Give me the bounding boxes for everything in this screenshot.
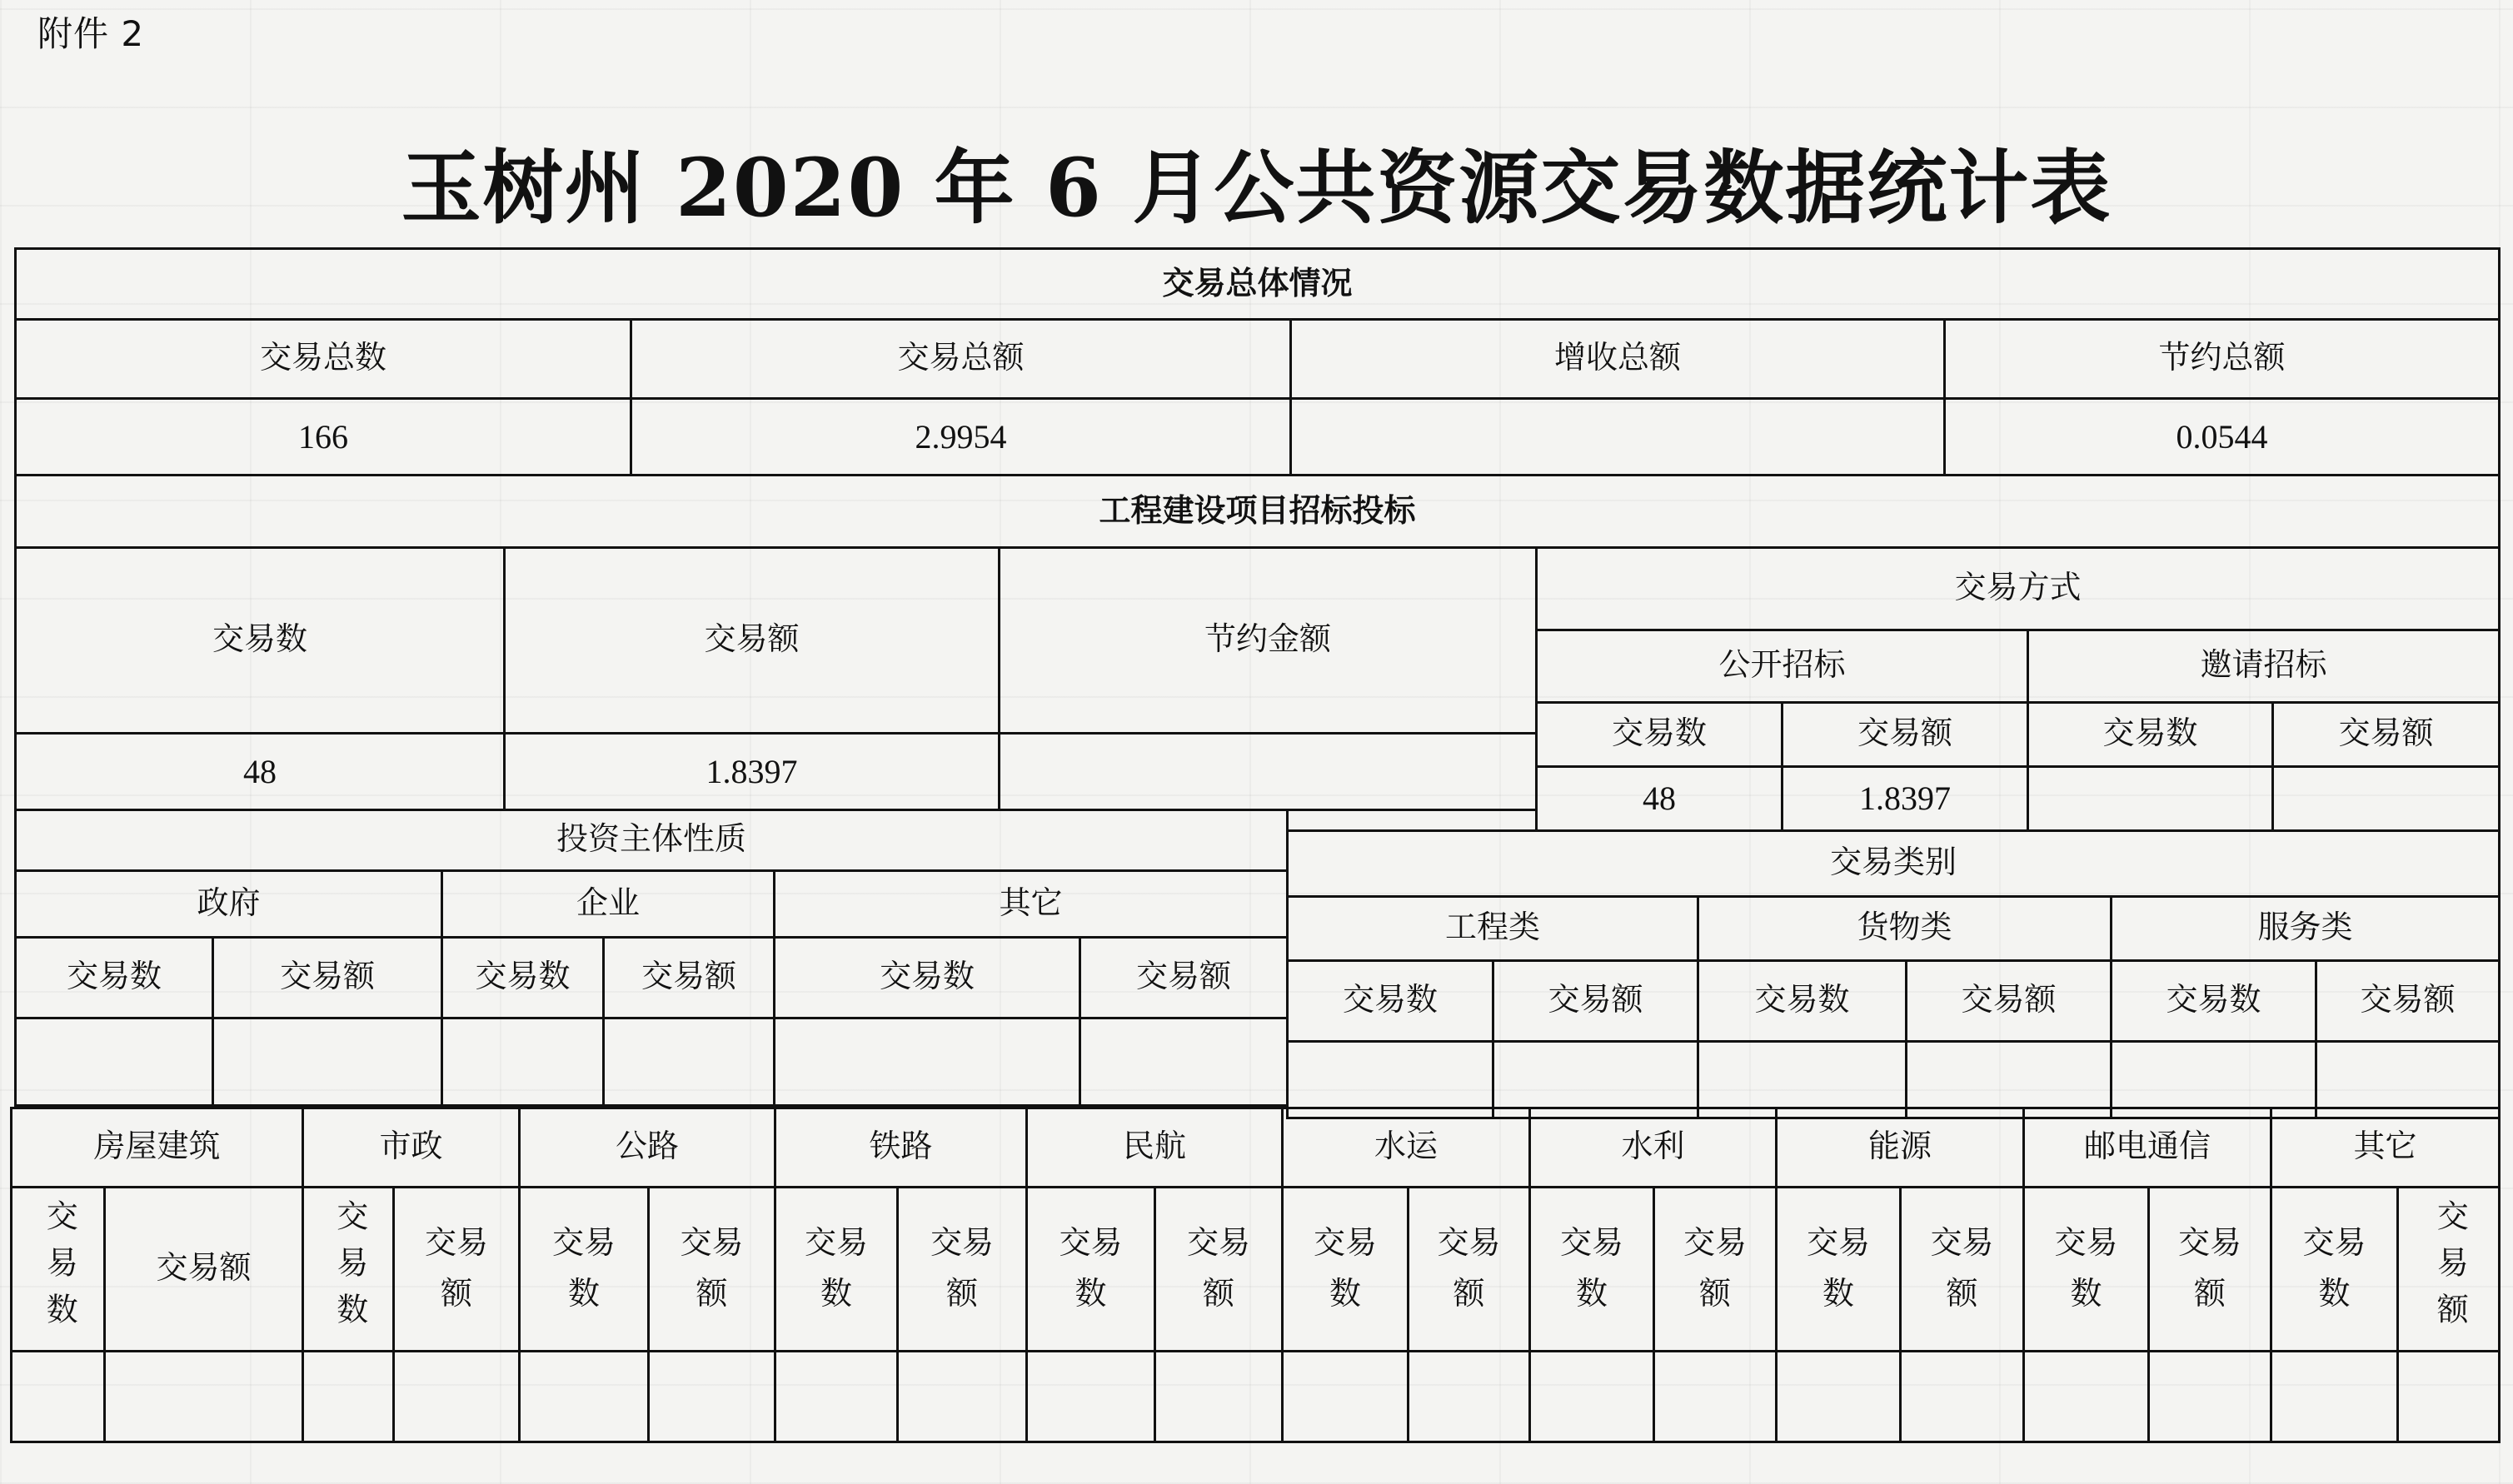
industry-group-telecom: 邮电通信 <box>2022 1107 2272 1188</box>
engineering-header-count: 交易数 <box>14 546 506 735</box>
invited-tender-header: 邀请招标 <box>2027 629 2501 704</box>
industry-group-railway: 铁路 <box>774 1107 1028 1188</box>
invited-tender-count-header: 交易数 <box>2027 701 2274 768</box>
overall-header-savings: 节约总额 <box>1943 318 2501 400</box>
industry-energy-count-header: 交易数 <box>1775 1186 1902 1352</box>
engineering-value-savings <box>998 732 1538 811</box>
engineering-header-savings: 节约金额 <box>998 546 1538 735</box>
industry-waterway-amount-value <box>1407 1350 1531 1443</box>
category-goods-count-header: 交易数 <box>1697 959 1907 1043</box>
industry-municipal-count-value <box>302 1350 395 1443</box>
investor-section-title: 投资主体性质 <box>14 809 1289 872</box>
engineering-section-title: 工程建设项目招标投标 <box>14 474 2501 549</box>
industry-railway-count-header: 交易数 <box>774 1186 899 1352</box>
industry-railway-amount-header: 交易额 <box>896 1186 1028 1352</box>
industry-railway-amount-value <box>896 1350 1028 1443</box>
invited-tender-amount-header: 交易额 <box>2271 701 2501 768</box>
category-group-goods: 货物类 <box>1697 895 2112 962</box>
industry-group-aviation: 民航 <box>1025 1107 1284 1188</box>
industry-waterway-amount-header: 交易额 <box>1407 1186 1531 1352</box>
industry-building-count-value <box>10 1350 106 1443</box>
industry-railway-count-value <box>774 1350 899 1443</box>
open-tender-amount-header: 交易额 <box>1781 701 2029 768</box>
industry-group-other: 其它 <box>2270 1107 2501 1188</box>
open-tender-count-value: 48 <box>1535 765 1783 832</box>
industry-group-energy: 能源 <box>1775 1107 2025 1188</box>
industry-municipal-count-header: 交易数 <box>302 1186 395 1352</box>
industry-building-amount-value <box>103 1350 304 1443</box>
engineering-value-count: 48 <box>14 732 506 811</box>
invited-tender-amount-value <box>2271 765 2501 832</box>
investor-government-amount-header: 交易额 <box>212 936 443 1019</box>
industry-highway-amount-value <box>647 1350 776 1443</box>
investor-other-amount-value <box>1079 1017 1289 1107</box>
overall-header-increase: 增收总额 <box>1289 318 1946 400</box>
investor-group-enterprise: 企业 <box>441 869 775 939</box>
industry-group-highway: 公路 <box>518 1107 776 1188</box>
engineering-value-amount: 1.8397 <box>503 732 1000 811</box>
industry-municipal-amount-value <box>392 1350 521 1443</box>
industry-water-conservancy-count-value <box>1528 1350 1655 1443</box>
investor-other-count-value <box>773 1017 1081 1107</box>
category-group-engineering: 工程类 <box>1286 895 1699 962</box>
category-section-title: 交易类别 <box>1286 829 2501 898</box>
industry-other-count-value <box>2270 1350 2399 1443</box>
overall-header-count: 交易总数 <box>14 318 632 400</box>
industry-water-conservancy-count-header: 交易数 <box>1528 1186 1655 1352</box>
investor-government-amount-value <box>212 1017 443 1107</box>
industry-telecom-count-value <box>2022 1350 2150 1443</box>
industry-telecom-amount-value <box>2147 1350 2272 1443</box>
industry-group-waterway: 水运 <box>1281 1107 1531 1188</box>
industry-aviation-amount-header: 交易额 <box>1154 1186 1284 1352</box>
investor-enterprise-count-value <box>441 1017 605 1107</box>
industry-other-amount-header: 交易额 <box>2396 1186 2501 1352</box>
industry-other-amount-value <box>2396 1350 2501 1443</box>
industry-telecom-count-header: 交易数 <box>2022 1186 2150 1352</box>
statistics-table: 交易总体情况 交易总数 交易总额 增收总额 节约总额 166 2.9954 0.… <box>0 0 2513 1484</box>
overall-value-count: 166 <box>14 397 632 476</box>
industry-aviation-amount-value <box>1154 1350 1284 1443</box>
category-engineering-amount-header: 交易额 <box>1492 959 1699 1043</box>
investor-government-count-header: 交易数 <box>14 936 214 1019</box>
industry-municipal-amount-header: 交易额 <box>392 1186 521 1352</box>
overall-header-amount: 交易总额 <box>630 318 1292 400</box>
overall-section-title: 交易总体情况 <box>14 247 2501 321</box>
open-tender-amount-value: 1.8397 <box>1781 765 2029 832</box>
industry-telecom-amount-header: 交易额 <box>2147 1186 2272 1352</box>
industry-highway-count-value <box>518 1350 650 1443</box>
overall-value-increase <box>1289 397 1946 476</box>
category-services-count-header: 交易数 <box>2110 959 2317 1043</box>
industry-highway-amount-header: 交易额 <box>647 1186 776 1352</box>
investor-group-other: 其它 <box>773 869 1289 939</box>
industry-aviation-count-value <box>1025 1350 1156 1443</box>
industry-energy-count-value <box>1775 1350 1902 1443</box>
investor-other-count-header: 交易数 <box>773 936 1081 1019</box>
investor-enterprise-count-header: 交易数 <box>441 936 605 1019</box>
engineering-header-amount: 交易额 <box>503 546 1000 735</box>
industry-energy-amount-value <box>1899 1350 2025 1443</box>
overall-value-savings: 0.0544 <box>1943 397 2501 476</box>
industry-energy-amount-header: 交易额 <box>1899 1186 2025 1352</box>
category-services-amount-header: 交易额 <box>2315 959 2501 1043</box>
category-engineering-count-header: 交易数 <box>1286 959 1494 1043</box>
open-tender-header: 公开招标 <box>1535 629 2029 704</box>
investor-other-amount-header: 交易额 <box>1079 936 1289 1019</box>
overall-value-amount: 2.9954 <box>630 397 1292 476</box>
industry-waterway-count-value <box>1281 1350 1409 1443</box>
investor-group-government: 政府 <box>14 869 443 939</box>
industry-building-count-header: 交易数 <box>10 1186 106 1352</box>
invited-tender-count-value <box>2027 765 2274 832</box>
trade-method-title: 交易方式 <box>1535 546 2501 631</box>
investor-government-count-value <box>14 1017 214 1107</box>
industry-highway-count-header: 交易数 <box>518 1186 650 1352</box>
category-goods-amount-header: 交易额 <box>1905 959 2112 1043</box>
industry-water-conservancy-amount-value <box>1653 1350 1778 1443</box>
industry-group-water-conservancy: 水利 <box>1528 1107 1778 1188</box>
category-group-services: 服务类 <box>2110 895 2501 962</box>
industry-water-conservancy-amount-header: 交易额 <box>1653 1186 1778 1352</box>
investor-enterprise-amount-header: 交易额 <box>602 936 775 1019</box>
industry-group-municipal: 市政 <box>302 1107 521 1188</box>
investor-enterprise-amount-value <box>602 1017 775 1107</box>
industry-other-count-header: 交易数 <box>2270 1186 2399 1352</box>
open-tender-count-header: 交易数 <box>1535 701 1783 768</box>
industry-waterway-count-header: 交易数 <box>1281 1186 1409 1352</box>
industry-group-building: 房屋建筑 <box>10 1107 304 1188</box>
industry-aviation-count-header: 交易数 <box>1025 1186 1156 1352</box>
industry-building-amount-header: 交易额 <box>103 1186 304 1352</box>
